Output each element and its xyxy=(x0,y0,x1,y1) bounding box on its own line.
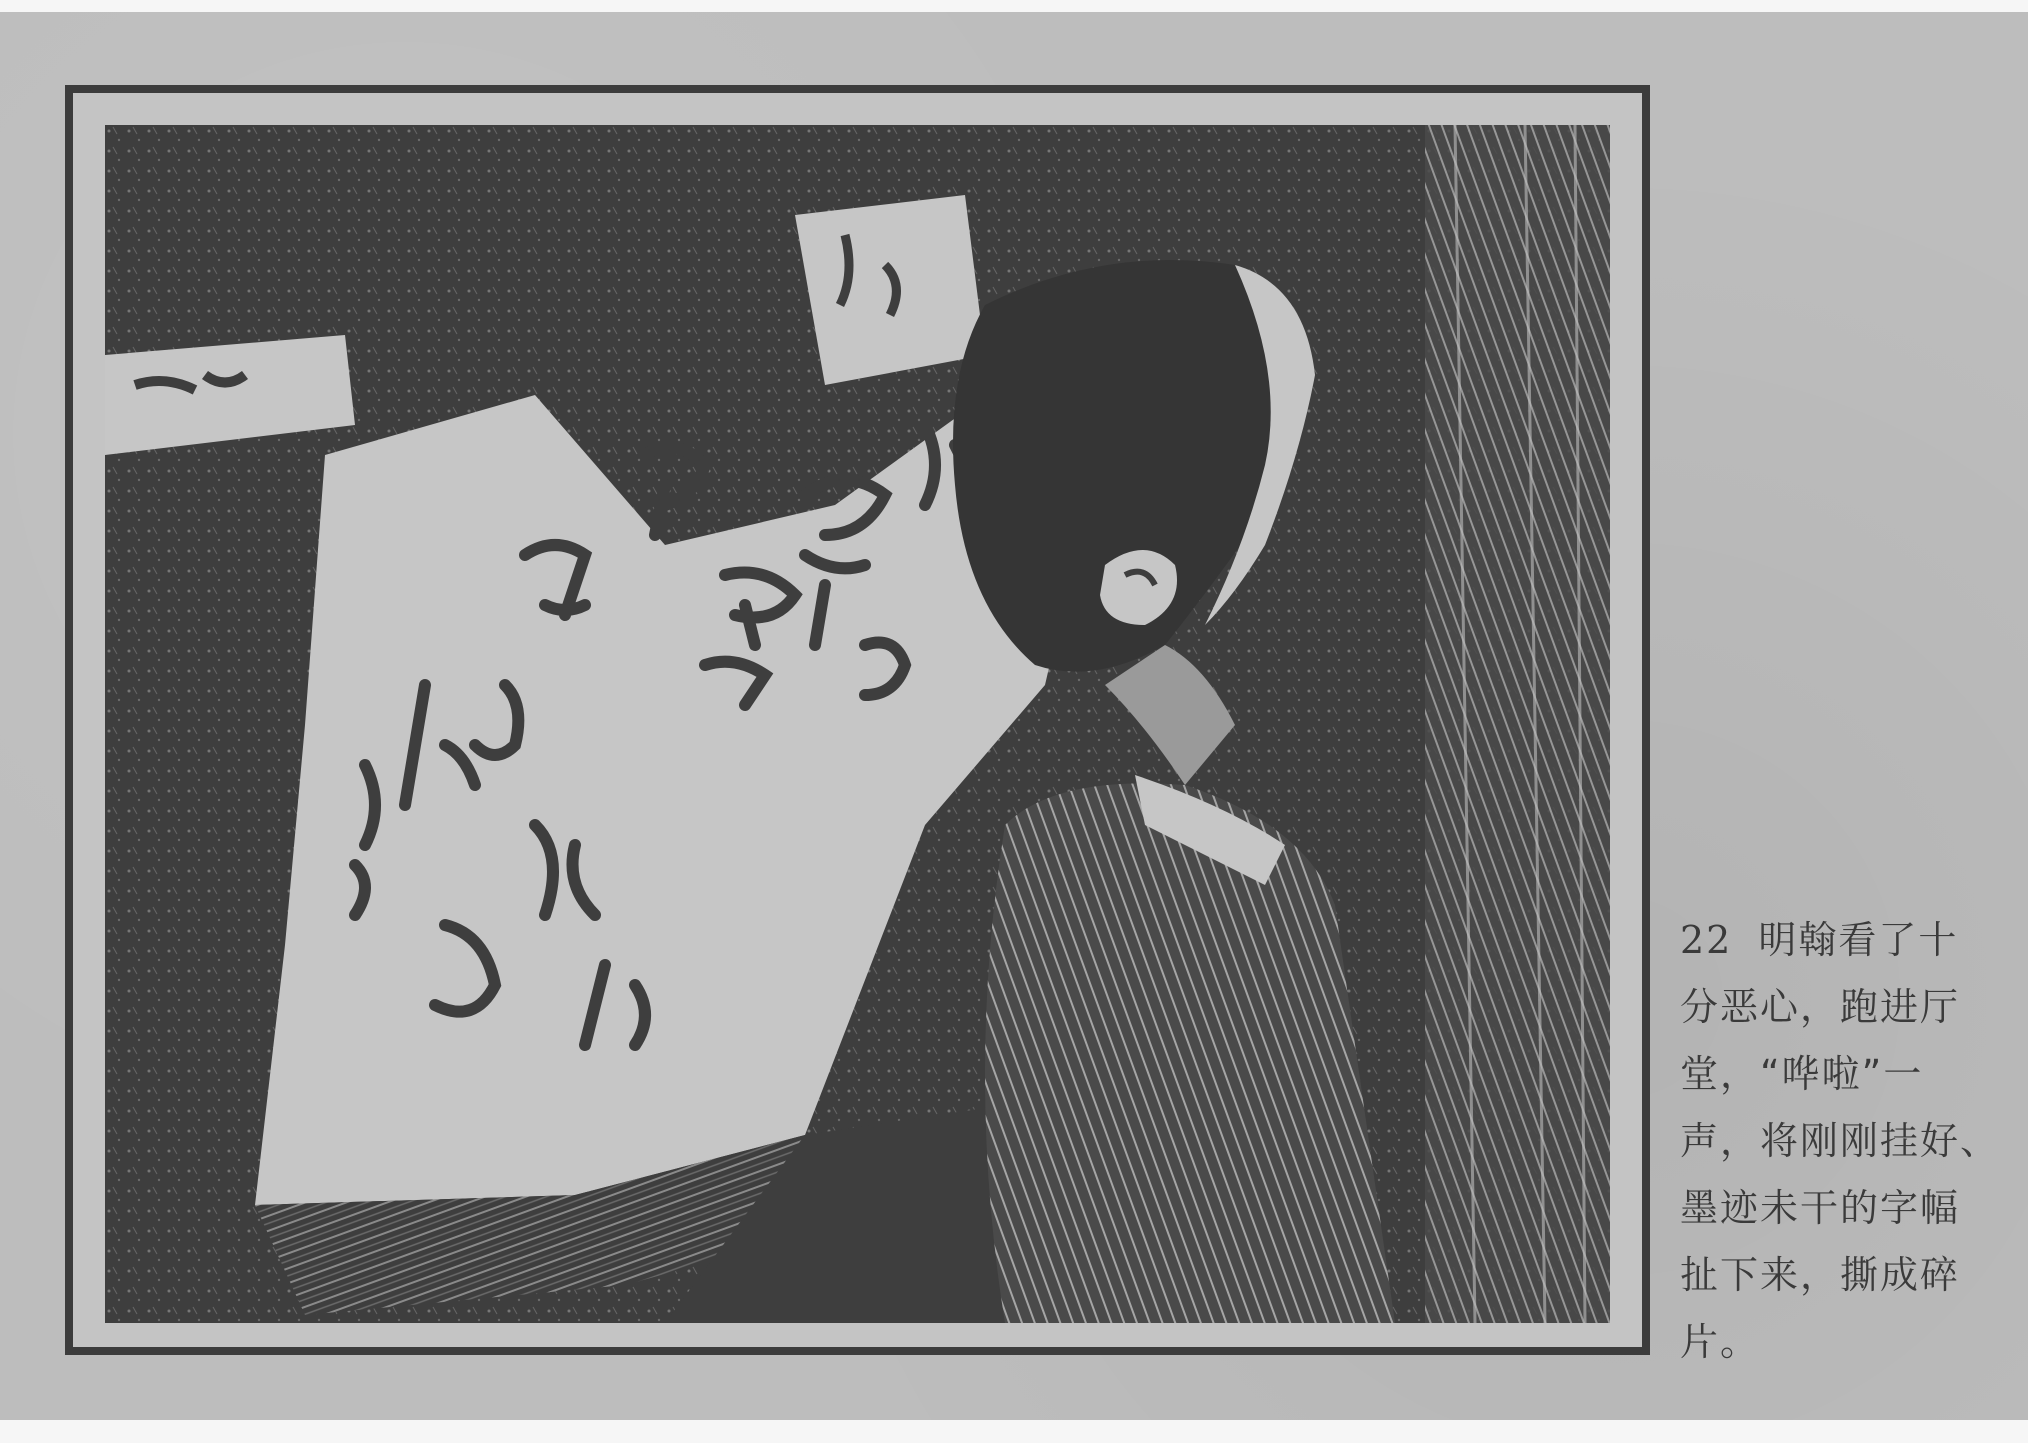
comic-page: 22明翰看了十 分恶心，跑进厅 堂，“哗啦”一 声，将刚刚挂好、 墨迹未干的字幅… xyxy=(0,12,2028,1420)
caption-line-2: 分恶心，跑进厅 xyxy=(1680,974,2010,1041)
woodcut-illustration xyxy=(105,125,1610,1323)
caption-line-6: 扯下来，撕成碎 xyxy=(1680,1242,2010,1309)
caption-line-1: 22明翰看了十 xyxy=(1680,907,2010,974)
caption-line-3: 堂，“哗啦”一 xyxy=(1680,1041,2010,1108)
upper-scroll xyxy=(795,195,985,385)
panel-frame xyxy=(65,85,1650,1355)
caption-line-5: 墨迹未干的字幅 xyxy=(1680,1175,2010,1242)
caption-line-7: 片。 xyxy=(1680,1309,2010,1376)
caption-line-4: 声，将刚刚挂好、 xyxy=(1680,1108,2010,1175)
panel-number: 22 xyxy=(1680,918,1732,962)
panel-caption: 22明翰看了十 分恶心，跑进厅 堂，“哗啦”一 声，将刚刚挂好、 墨迹未干的字幅… xyxy=(1680,907,2010,1376)
